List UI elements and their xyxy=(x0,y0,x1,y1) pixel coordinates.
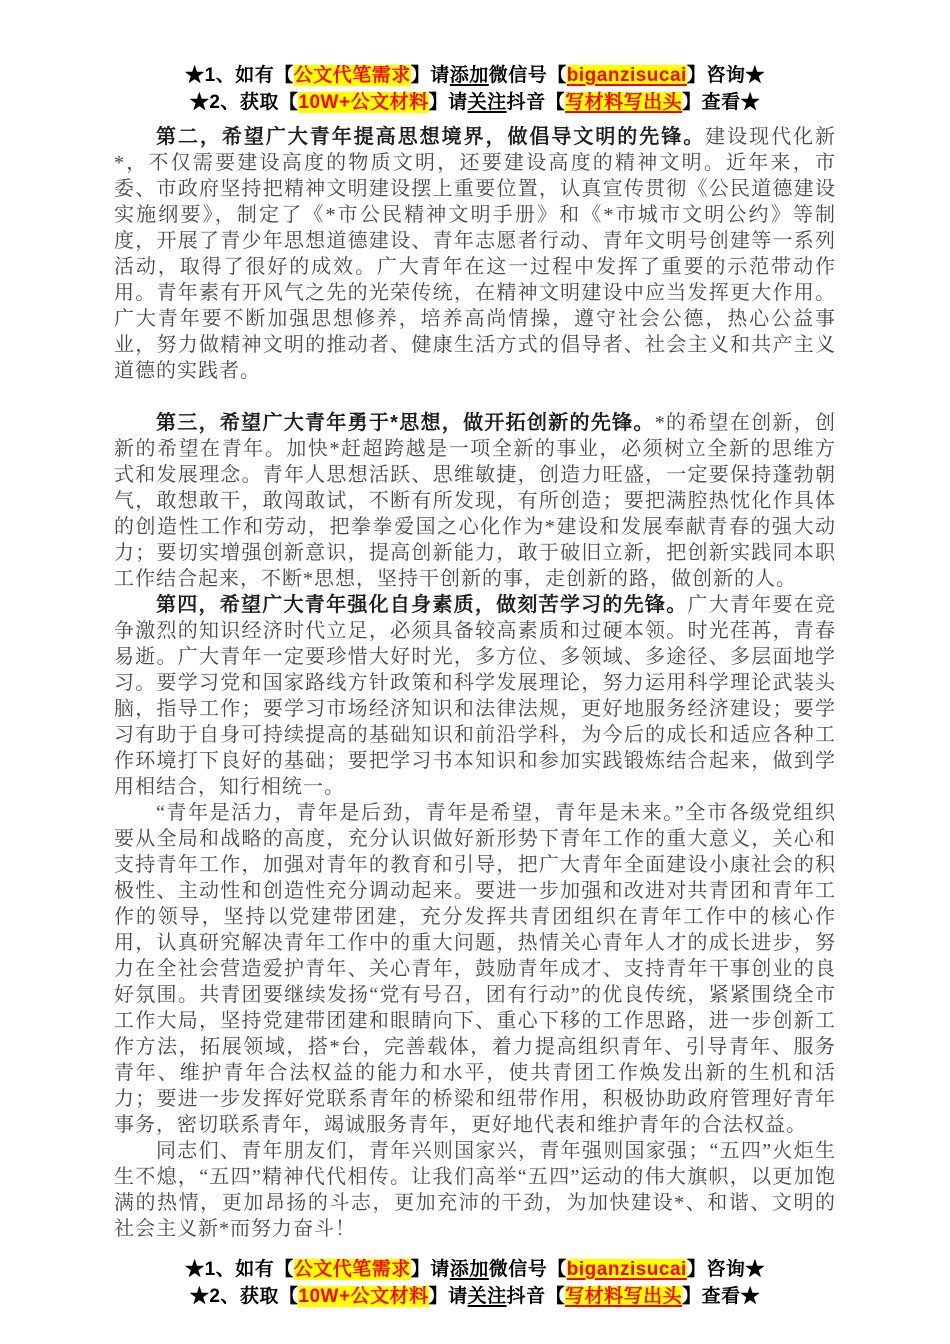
promo-header: ★1、如有【公文代笔需求】请添加微信号【biganzisucai】咨询★★2、获… xyxy=(0,62,950,116)
promo-text: ★1、如有【 xyxy=(185,65,294,86)
promo-material-tag: 10W+公文材料 xyxy=(298,92,428,113)
promo-text: ★2、获取【 xyxy=(190,92,299,113)
promo-follow-action: 关注 xyxy=(468,1286,507,1307)
promo-text: 】查看★ xyxy=(682,1286,760,1307)
paragraph-lead-sentence: 第三，希望广大青年勇于*思想，做开拓创新的先锋。 xyxy=(156,412,655,434)
paragraph-text: 广大青年要在竞争激烈的知识经济时代立足，必须具备较高素质和过硬本领。时光荏苒，青… xyxy=(114,594,836,798)
document-page: ★1、如有【公文代笔需求】请添加微信号【biganzisucai】咨询★★2、获… xyxy=(0,0,950,1344)
promo-service-tag: 公文代笔需求 xyxy=(294,65,411,86)
promo-text: ★2、获取【 xyxy=(190,1286,299,1307)
empty-paragraph xyxy=(114,384,836,410)
wechat-handle: biganzisucai xyxy=(567,65,687,86)
paragraph-text: “青年是活力，青年是后劲，青年是希望，青年是未来。”全市各级党组织要从全局和战略… xyxy=(114,802,836,1136)
promo-text: 抖音【 xyxy=(507,92,566,113)
promo-text: 】请 xyxy=(429,1286,468,1307)
body-paragraph: 第四，希望广大青年强化自身素质，做刻苦学习的先锋。广大青年要在竞争激烈的知识经济… xyxy=(114,592,836,800)
paragraph-text: 建设现代化新*，不仅需要建设高度的物质文明，还要建设高度的精神文明。近年来，市委… xyxy=(114,126,836,382)
promo-text: 】咨询★ xyxy=(687,65,765,86)
promo-text: 微信号【 xyxy=(489,1259,567,1280)
paragraph-lead-sentence: 第四，希望广大青年强化自身素质，做刻苦学习的先锋。 xyxy=(156,594,687,616)
body-paragraph: 同志们、青年朋友们，青年兴则国家兴，青年强则国家强；“五四”火炬生生不熄，“五四… xyxy=(114,1138,836,1242)
promo-text: 抖音【 xyxy=(507,1286,566,1307)
promo-add-action: 添加 xyxy=(450,65,489,86)
promo-text: 】请 xyxy=(411,65,450,86)
paragraph-text: *的希望在创新，创新的希望在青年。加快*赶超跨越是一项全新的事业，必须树立全新的… xyxy=(114,412,836,590)
promo-text: 】查看★ xyxy=(682,92,760,113)
promo-text: 】请 xyxy=(429,92,468,113)
promo-service-tag: 公文代笔需求 xyxy=(294,1259,411,1280)
promo-line: ★1、如有【公文代笔需求】请添加微信号【biganzisucai】咨询★ xyxy=(0,62,950,89)
body-paragraph: 第三，希望广大青年勇于*思想，做开拓创新的先锋。*的希望在创新，创新的希望在青年… xyxy=(114,410,836,592)
promo-footer: ★1、如有【公文代笔需求】请添加微信号【biganzisucai】咨询★★2、获… xyxy=(0,1256,950,1310)
douyin-handle: 写材料写出头 xyxy=(565,1286,682,1307)
promo-follow-action: 关注 xyxy=(468,92,507,113)
promo-add-action: 添加 xyxy=(450,1259,489,1280)
paragraph-lead-sentence: 第二，希望广大青年提高思想境界，做倡导文明的先锋。 xyxy=(156,126,705,148)
promo-line: ★2、获取【10W+公文材料】请关注抖音【写材料写出头】查看★ xyxy=(0,89,950,116)
wechat-handle: biganzisucai xyxy=(567,1259,687,1280)
paragraph-text: 同志们、青年朋友们，青年兴则国家兴，青年强则国家强；“五四”火炬生生不熄，“五四… xyxy=(114,1140,836,1240)
promo-material-tag: 10W+公文材料 xyxy=(298,1286,428,1307)
body-paragraph: 第二，希望广大青年提高思想境界，做倡导文明的先锋。建设现代化新*，不仅需要建设高… xyxy=(114,124,836,384)
promo-text: 】请 xyxy=(411,1259,450,1280)
douyin-handle: 写材料写出头 xyxy=(565,92,682,113)
document-body: 第二，希望广大青年提高思想境界，做倡导文明的先锋。建设现代化新*，不仅需要建设高… xyxy=(114,124,836,1242)
body-paragraph: “青年是活力，青年是后劲，青年是希望，青年是未来。”全市各级党组织要从全局和战略… xyxy=(114,800,836,1138)
promo-text: 微信号【 xyxy=(489,65,567,86)
promo-line: ★1、如有【公文代笔需求】请添加微信号【biganzisucai】咨询★ xyxy=(0,1256,950,1283)
promo-text: ★1、如有【 xyxy=(185,1259,294,1280)
promo-text: 】咨询★ xyxy=(687,1259,765,1280)
promo-line: ★2、获取【10W+公文材料】请关注抖音【写材料写出头】查看★ xyxy=(0,1283,950,1310)
